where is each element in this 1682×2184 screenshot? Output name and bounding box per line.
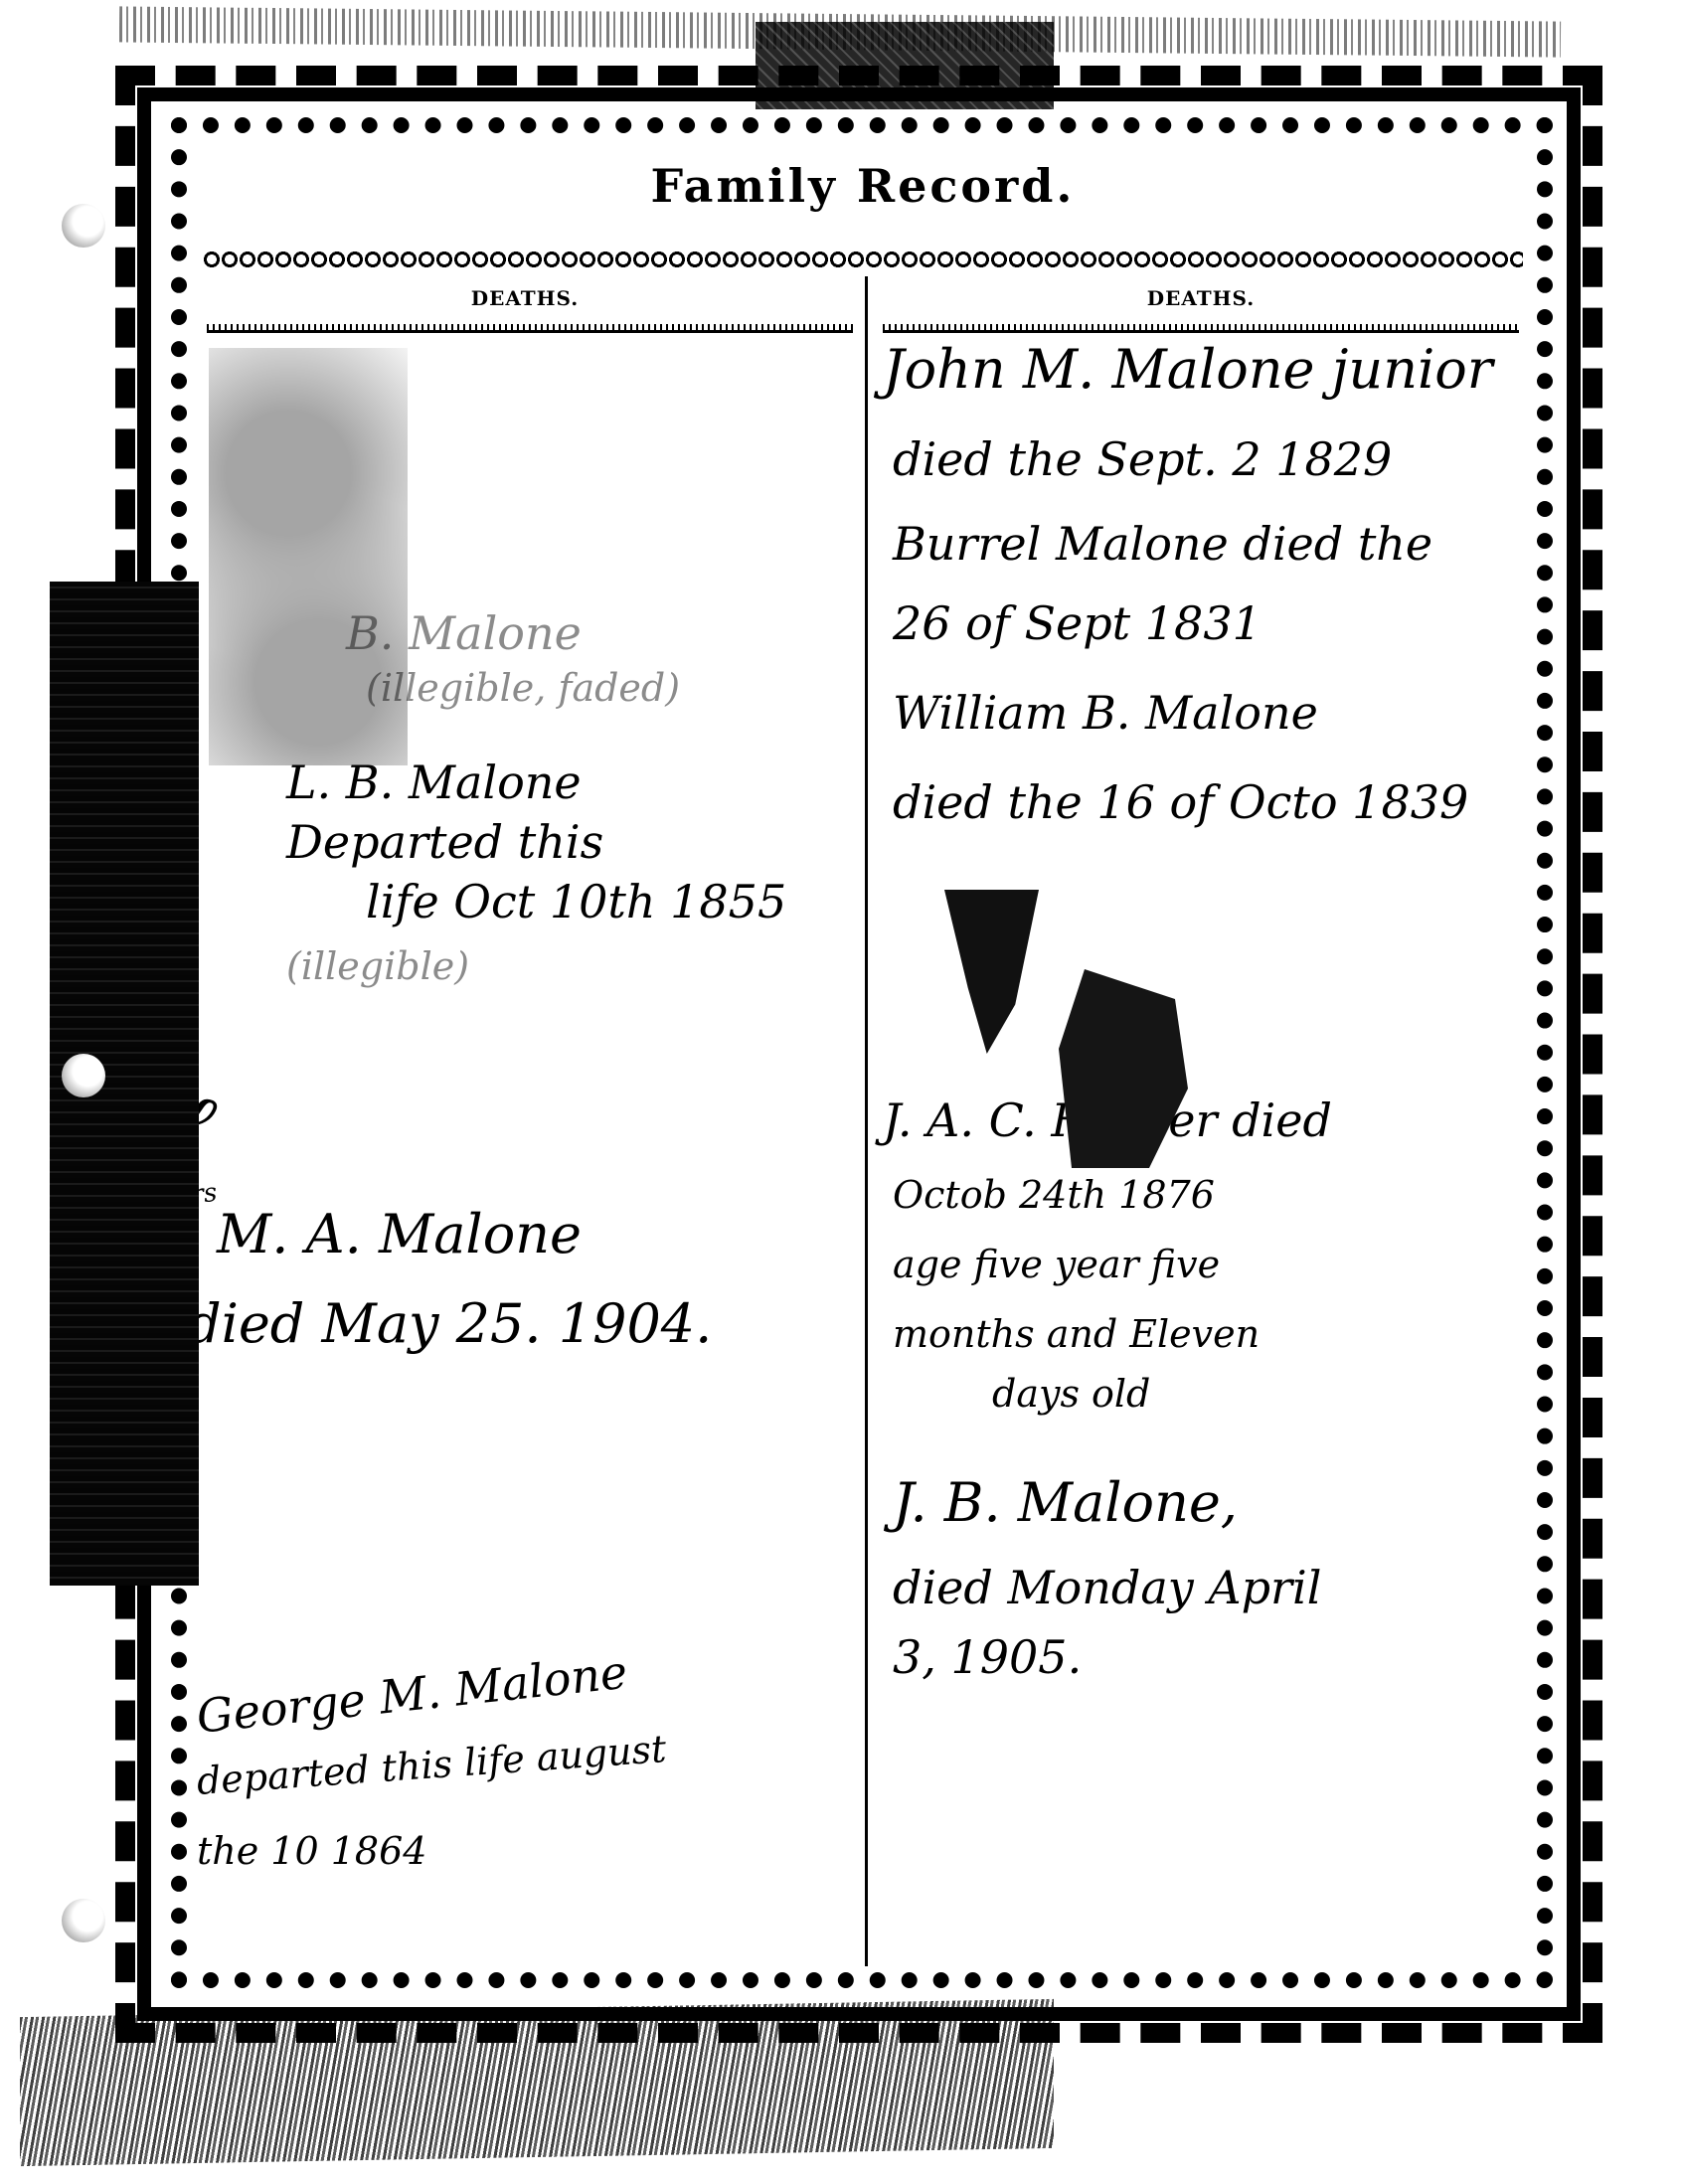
entry-line: J. B. Malone, (893, 1471, 1238, 1534)
entry-line: (illegible) (286, 944, 469, 988)
entry-line: William B. Malone (893, 686, 1318, 740)
entry-line: M. A. Malone (217, 1203, 582, 1265)
deaths-column-right: John M. Malone junior died the Sept. 2 1… (873, 338, 1529, 1958)
entry-line: Octob 24th 1876 (893, 1173, 1215, 1217)
entry-line: age five year five (893, 1243, 1220, 1286)
entry-line: John M. Malone junior (883, 338, 1493, 401)
entry-line: died the Sept. 2 1829 (893, 432, 1392, 486)
column-header-right: DEATHS. (883, 286, 1519, 310)
header-rule-left (207, 324, 853, 333)
entry-line: months and Eleven (893, 1312, 1260, 1356)
entry-line: George M. Malone (194, 1645, 629, 1744)
title-chain-rule (203, 251, 1523, 268)
entry-line: (illegible, faded) (366, 666, 680, 710)
page-title: Family Record. (197, 159, 1529, 213)
punch-hole (62, 204, 105, 248)
punch-hole (62, 1054, 105, 1097)
punch-hole (62, 1899, 105, 1942)
entry-line: 26 of Sept 1831 (893, 596, 1261, 650)
entry-line: the 10 1864 (197, 1829, 426, 1873)
scan-stain-left (209, 348, 408, 765)
entry-line: died the 16 of Octo 1839 (893, 775, 1468, 829)
entry-line: Burrel Malone died the (893, 517, 1432, 571)
column-header-left: DEATHS. (207, 286, 843, 310)
scan-smudge-bottom (20, 1999, 1054, 2166)
entry-line: Departed this (286, 815, 603, 869)
header-rule-right (883, 324, 1519, 333)
entry-line: days old (992, 1372, 1150, 1416)
column-divider (865, 276, 868, 1966)
entry-line: 3, 1905. (893, 1630, 1082, 1684)
entry-line: died Monday April (893, 1561, 1321, 1614)
entry-line: life Oct 10th 1855 (366, 875, 786, 928)
entry-line: died May 25. 1904. (187, 1292, 712, 1355)
entry-line: departed this life august (195, 1727, 667, 1803)
